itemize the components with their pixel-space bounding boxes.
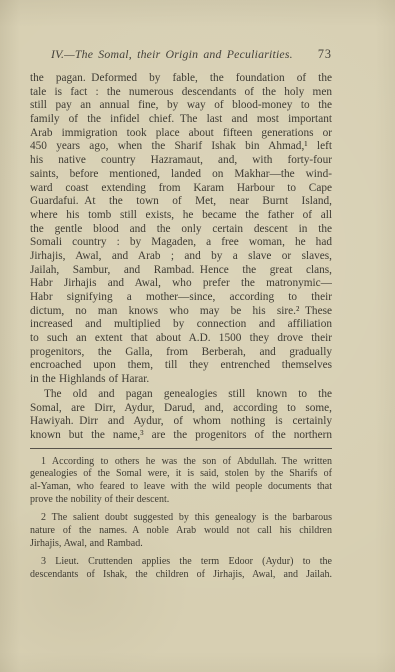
page-number: 73 (318, 47, 332, 61)
body-line: Guardafui. At the town of Met, near Burn… (30, 195, 332, 209)
body-line: Habr signifying a mother—since, accordin… (30, 291, 332, 305)
body-line: Somali country : by Magaden, a free woma… (30, 236, 332, 250)
body-line: his native country Hazramaut, and, with … (30, 154, 332, 168)
body-line: dictum, no man knows who may be his sire… (30, 305, 332, 319)
footnote-line: 1 According to others he was the son of … (30, 456, 332, 469)
footnote-line: nature of the names. A noble Arab would … (30, 525, 332, 538)
footnote-2: 2 The salient doubt suggested by this ge… (30, 512, 332, 551)
text-block: IV.—The Somal, their Origin and Peculiar… (30, 47, 332, 582)
body-line: to such an extent that about A.D. 1500 t… (30, 332, 332, 346)
body-text: the pagan. Deformed by fable, the founda… (30, 72, 332, 443)
body-line: Jailah, Sambur, and Rambad. Hence the gr… (30, 264, 332, 278)
body-line: Jirhajis, Awal, and Arab ; and by a slav… (30, 250, 332, 264)
body-line: Hawiyah. Dirr and Aydur, of whom nothing… (30, 415, 332, 429)
body-line: the gentle blood and the only certain de… (30, 223, 332, 237)
footnote-line: prove the nobility of their descent. (30, 494, 332, 507)
body-line: Arab immigration took place about fiftee… (30, 127, 332, 141)
footnote-line: Jirhajis, Awal, and Rambad. (30, 538, 332, 551)
body-line: increased and multiplied by connection a… (30, 318, 332, 332)
body-line: known but the name,³ are the progenitors… (30, 429, 332, 443)
footnote-divider (30, 448, 332, 449)
body-line: still pay an annual fine, by way of bloo… (30, 99, 332, 113)
body-line: family of the infidel chief. The last an… (30, 113, 332, 127)
footnote-line: 2 The salient doubt suggested by this ge… (30, 512, 332, 525)
body-line: encroached upon them, till they entrench… (30, 359, 332, 373)
body-line: the pagan. Deformed by fable, the founda… (30, 72, 332, 86)
body-line: Habr Jirhajis and Awal, who prefer the m… (30, 277, 332, 291)
running-header: IV.—The Somal, their Origin and Peculiar… (30, 47, 332, 61)
body-line: The old and pagan genealogies still know… (30, 388, 332, 402)
paragraph-1: the pagan. Deformed by fable, the founda… (30, 72, 332, 387)
body-line: saints, before mentioned, landed on Makh… (30, 168, 332, 182)
body-line: where his tomb still exists, he became t… (30, 209, 332, 223)
footnote-line: al-Yaman, who feared to leave with the w… (30, 481, 332, 494)
scanned-book-page: IV.—The Somal, their Origin and Peculiar… (0, 0, 395, 672)
chapter-title: IV.—The Somal, their Origin and Peculiar… (30, 47, 314, 61)
footnote-3: 3 Lieut. Cruttenden applies the term Edo… (30, 556, 332, 582)
body-line: in the Highlands of Harar. (30, 373, 332, 387)
paragraph-2: The old and pagan genealogies still know… (30, 388, 332, 443)
footnotes: 1 According to others he was the son of … (30, 456, 332, 582)
footnote-line: genealogies of the Somal were, it is sai… (30, 468, 332, 481)
body-line: progenitors, the Galla, from Berberah, a… (30, 346, 332, 360)
body-line: Somal, are Dirr, Aydur, Darud, and, acco… (30, 402, 332, 416)
footnote-line: 3 Lieut. Cruttenden applies the term Edo… (30, 556, 332, 569)
body-line: tale is fact : the numerous descendants … (30, 86, 332, 100)
body-line: 450 years ago, when the Sharif Ishak bin… (30, 140, 332, 154)
body-line: ward coast extending from Karam Harbour … (30, 182, 332, 196)
footnote-1: 1 According to others he was the son of … (30, 456, 332, 508)
footnote-line: descendants of Ishak, the children of Ji… (30, 569, 332, 582)
